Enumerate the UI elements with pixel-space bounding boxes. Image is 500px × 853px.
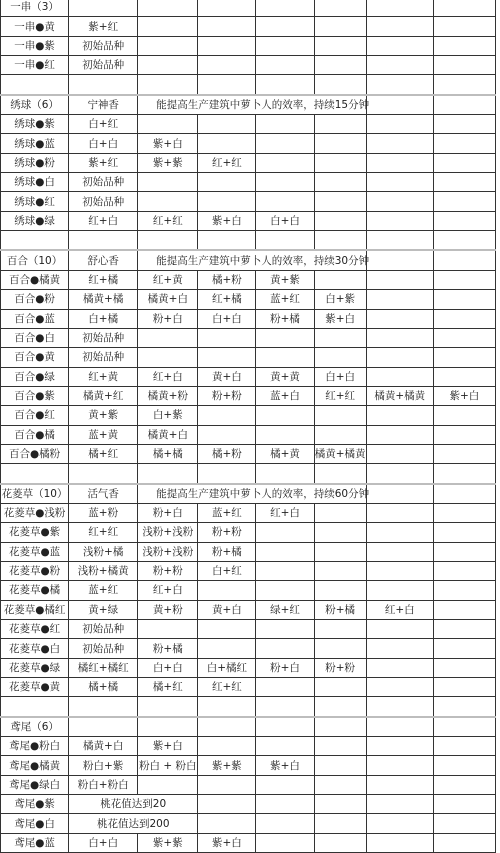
empty-cell	[138, 348, 198, 367]
breeding-combo: 紫+红	[69, 17, 138, 36]
breeding-combo: 蓝+红	[198, 503, 256, 522]
empty-cell	[433, 348, 495, 367]
flower-species-name: 百合（10）	[1, 250, 69, 270]
empty-cell	[198, 328, 256, 347]
empty-cell	[366, 309, 433, 328]
empty-cell	[256, 231, 314, 251]
empty-cell	[366, 737, 433, 756]
empty-cell	[433, 503, 495, 522]
breeding-combo: 黄+白	[198, 600, 256, 619]
empty-cell	[256, 717, 314, 737]
empty-cell	[138, 697, 198, 717]
breeding-combo: 蓝+白	[256, 386, 314, 405]
empty-cell	[433, 211, 495, 230]
breeding-combo: 紫+红	[69, 153, 138, 172]
empty-cell	[198, 406, 256, 425]
empty-cell	[314, 503, 366, 522]
breeding-combo: 黄+紫	[69, 406, 138, 425]
variety-name: 花菱草●绿	[1, 658, 69, 677]
empty-cell	[366, 290, 433, 309]
breeding-combo: 初始品种	[69, 36, 138, 55]
empty-cell	[198, 795, 256, 814]
variety-name: 花菱草●紫	[1, 523, 69, 542]
variety-name: 鸢尾●橘黄	[1, 756, 69, 775]
empty-cell	[366, 795, 433, 814]
breeding-combo: 橘红+橘红	[69, 658, 138, 677]
variety-row: 花菱草●绿橘红+橘红白+白白+橘红粉+白粉+粉	[1, 658, 496, 677]
empty-cell	[433, 231, 495, 251]
variety-name: 鸢尾●蓝	[1, 833, 69, 850]
empty-cell	[314, 814, 366, 833]
breeding-combo: 橘+黄	[256, 444, 314, 463]
empty-cell	[256, 173, 314, 192]
empty-cell	[256, 17, 314, 36]
empty-cell	[314, 406, 366, 425]
empty-cell	[433, 464, 495, 484]
variety-name: 花菱草●蓝	[1, 542, 69, 561]
flower-species-name: 绣球（6）	[1, 95, 69, 115]
empty-cell	[314, 153, 366, 172]
empty-cell	[366, 406, 433, 425]
breeding-combo: 红+橘	[69, 270, 138, 289]
empty-cell	[366, 173, 433, 192]
breeding-combo: 初始品种	[69, 639, 138, 658]
breeding-combo: 橘黄+白	[138, 425, 198, 444]
empty-cell	[138, 620, 198, 639]
variety-name: 一串●黄	[1, 17, 69, 36]
empty-cell	[314, 737, 366, 756]
empty-cell	[256, 36, 314, 55]
breeding-combo: 粉白+粉白	[69, 775, 138, 794]
breeding-combo: 橘+红	[69, 444, 138, 463]
empty-cell	[433, 95, 495, 115]
breeding-combo: 浅粉+橘	[69, 542, 138, 561]
empty-cell	[256, 775, 314, 794]
variety-name: 百合●橘	[1, 425, 69, 444]
empty-cell	[314, 523, 366, 542]
variety-name: 百合●蓝	[1, 309, 69, 328]
breeding-combo: 橘黄+橘黄	[366, 386, 433, 405]
empty-cell	[198, 17, 256, 36]
empty-cell	[256, 561, 314, 580]
empty-cell	[314, 561, 366, 580]
empty-cell	[198, 192, 256, 211]
empty-cell	[366, 523, 433, 542]
variety-row: 花菱草●紫红+红浅粉+浅粉粉+粉	[1, 523, 496, 542]
variety-name: 花菱草●浅粉	[1, 503, 69, 522]
breeding-combo: 黄+白	[198, 367, 256, 386]
empty-cell	[366, 678, 433, 697]
breeding-combo: 红+红	[198, 678, 256, 697]
empty-cell	[314, 620, 366, 639]
empty-cell	[256, 56, 314, 75]
variety-name: 花菱草●白	[1, 639, 69, 658]
empty-cell	[366, 328, 433, 347]
empty-cell	[314, 542, 366, 561]
empty-cell	[314, 717, 366, 737]
breeding-combo: 白+白	[69, 134, 138, 153]
breeding-combo: 红+红	[138, 211, 198, 230]
empty-cell	[256, 134, 314, 153]
variety-row: 绣球●蓝白+白紫+白	[1, 134, 496, 153]
empty-cell	[138, 328, 198, 347]
variety-row: 花菱草●粉浅粉+橘黄粉+粉白+红	[1, 561, 496, 580]
empty-cell	[433, 192, 495, 211]
empty-cell	[433, 639, 495, 658]
empty-cell	[314, 270, 366, 289]
section-header-row: 一串（3）	[1, 0, 496, 17]
empty-cell	[433, 115, 495, 134]
variety-name: 百合●黄	[1, 348, 69, 367]
empty-cell	[314, 775, 366, 794]
empty-cell	[198, 814, 256, 833]
breeding-combo: 白+白	[314, 367, 366, 386]
empty-cell	[433, 250, 495, 270]
breeding-combo: 白+白	[138, 658, 198, 677]
breeding-combo: 橘+红	[138, 678, 198, 697]
breeding-combo: 紫+白	[256, 756, 314, 775]
variety-row: 百合●橘蓝+黄橘黄+白	[1, 425, 496, 444]
breeding-combo: 橘+粉	[198, 270, 256, 289]
variety-name: 绣球●蓝	[1, 134, 69, 153]
empty-cell	[433, 270, 495, 289]
variety-name: 鸢尾●白	[1, 814, 69, 833]
empty-cell	[138, 56, 198, 75]
empty-cell	[256, 737, 314, 756]
effect-description: 能提高生产建筑中萝卜人的效率，持续15分钟	[138, 95, 366, 115]
flower-breeding-table: 一串（3）一串●黄紫+红一串●紫初始品种一串●红初始品种绣球（6）宁神香能提高生…	[0, 0, 496, 850]
incense-item-name	[69, 0, 138, 17]
flower-species-name: 一串（3）	[1, 0, 69, 17]
breeding-combo: 粉+橘	[138, 639, 198, 658]
empty-cell	[314, 134, 366, 153]
breeding-combo: 紫+白	[433, 386, 495, 405]
breeding-combo: 红+白	[69, 211, 138, 230]
empty-cell	[198, 134, 256, 153]
variety-row: 绣球●红初始品种	[1, 192, 496, 211]
empty-cell	[314, 0, 366, 17]
breeding-combo: 白+橘	[69, 309, 138, 328]
empty-cell	[366, 56, 433, 75]
empty-cell	[314, 795, 366, 814]
breeding-combo: 紫+紫	[138, 153, 198, 172]
section-header-row: 百合（10）舒心香能提高生产建筑中萝卜人的效率，持续30分钟	[1, 250, 496, 270]
variety-row: 绣球●紫白+红	[1, 115, 496, 134]
empty-cell	[366, 658, 433, 677]
empty-cell	[433, 658, 495, 677]
breeding-combo: 橘黄+白	[138, 290, 198, 309]
empty-cell	[1, 231, 69, 251]
breeding-combo: 白+白	[69, 833, 138, 850]
breeding-combo: 紫+白	[198, 833, 256, 850]
breeding-combo: 蓝+红	[69, 581, 138, 600]
breeding-combo: 红+白	[138, 367, 198, 386]
breeding-combo: 粉+橘	[314, 600, 366, 619]
variety-row: 百合●橘黄红+橘红+黄橘+粉黄+紫	[1, 270, 496, 289]
breeding-combo: 绿+红	[256, 600, 314, 619]
empty-cell	[138, 36, 198, 55]
empty-cell	[256, 425, 314, 444]
effect-description: 能提高生产建筑中萝卜人的效率，持续60分钟	[138, 484, 366, 504]
breeding-combo: 白+白	[198, 309, 256, 328]
breeding-combo: 粉+粉	[198, 523, 256, 542]
empty-cell	[256, 406, 314, 425]
empty-cell	[138, 75, 198, 95]
empty-cell	[314, 328, 366, 347]
breeding-combo: 紫+白	[314, 309, 366, 328]
breeding-combo: 粉+粉	[138, 561, 198, 580]
empty-cell	[256, 328, 314, 347]
variety-name: 百合●橘粉	[1, 444, 69, 463]
empty-cell	[256, 0, 314, 17]
empty-cell	[256, 833, 314, 850]
empty-cell	[366, 115, 433, 134]
empty-cell	[138, 173, 198, 192]
breeding-combo: 初始品种	[69, 328, 138, 347]
spacer-row	[1, 231, 496, 251]
variety-row: 百合●橘粉橘+红橘+橘橘+粉橘+黄橘黄+橘黄	[1, 444, 496, 463]
variety-name: 一串●紫	[1, 36, 69, 55]
empty-cell	[433, 737, 495, 756]
empty-cell	[366, 36, 433, 55]
section-header-row: 绣球（6）宁神香能提高生产建筑中萝卜人的效率，持续15分钟	[1, 95, 496, 115]
breeding-combo: 黄+粉	[138, 600, 198, 619]
empty-cell	[366, 814, 433, 833]
variety-row: 花菱草●橘红黄+绿黄+粉黄+白绿+红粉+橘红+白	[1, 600, 496, 619]
variety-row: 花菱草●蓝浅粉+橘浅粉+浅粉粉+橘	[1, 542, 496, 561]
empty-cell	[314, 17, 366, 36]
empty-cell	[433, 795, 495, 814]
breeding-combo: 粉+白	[138, 503, 198, 522]
variety-name: 绣球●粉	[1, 153, 69, 172]
variety-row: 绣球●绿红+白红+红紫+白白+白	[1, 211, 496, 230]
breeding-combo: 紫+白	[138, 134, 198, 153]
variety-name: 百合●粉	[1, 290, 69, 309]
section-header-row: 鸢尾（6）	[1, 717, 496, 737]
empty-cell	[256, 639, 314, 658]
empty-cell	[366, 697, 433, 717]
breeding-combo: 蓝+黄	[69, 425, 138, 444]
empty-cell	[256, 115, 314, 134]
variety-name: 百合●橘黄	[1, 270, 69, 289]
breeding-combo: 紫+白	[138, 737, 198, 756]
empty-cell	[433, 484, 495, 504]
empty-cell	[314, 425, 366, 444]
breeding-combo: 初始品种	[69, 192, 138, 211]
breeding-combo: 粉白+紫	[69, 756, 138, 775]
empty-cell	[366, 464, 433, 484]
variety-row: 绣球●粉紫+红紫+紫红+红	[1, 153, 496, 172]
empty-cell	[366, 250, 433, 270]
variety-name: 绣球●紫	[1, 115, 69, 134]
empty-cell	[433, 678, 495, 697]
breeding-combo: 白+红	[198, 561, 256, 580]
empty-cell	[69, 464, 138, 484]
unlock-condition: 桃花值达到200	[69, 814, 198, 833]
breeding-combo: 橘+橘	[69, 678, 138, 697]
empty-cell	[314, 833, 366, 850]
variety-name: 鸢尾●紫	[1, 795, 69, 814]
breeding-combo: 红+橘	[198, 290, 256, 309]
empty-cell	[433, 523, 495, 542]
variety-row: 花菱草●浅粉蓝+粉粉+白蓝+红红+白	[1, 503, 496, 522]
empty-cell	[256, 795, 314, 814]
empty-cell	[198, 775, 256, 794]
breeding-combo: 初始品种	[69, 348, 138, 367]
empty-cell	[198, 639, 256, 658]
empty-cell	[198, 0, 256, 17]
breeding-combo: 粉+白	[256, 658, 314, 677]
empty-cell	[198, 737, 256, 756]
empty-cell	[433, 367, 495, 386]
breeding-combo: 粉白 + 粉白	[138, 756, 198, 775]
empty-cell	[433, 17, 495, 36]
breeding-combo: 黄+紫	[256, 270, 314, 289]
effect-description: 能提高生产建筑中萝卜人的效率，持续30分钟	[138, 250, 366, 270]
breeding-combo: 初始品种	[69, 173, 138, 192]
empty-cell	[256, 581, 314, 600]
breeding-combo: 黄+绿	[69, 600, 138, 619]
empty-cell	[433, 542, 495, 561]
empty-cell	[433, 328, 495, 347]
empty-cell	[198, 348, 256, 367]
empty-cell	[366, 581, 433, 600]
empty-cell	[256, 464, 314, 484]
empty-cell	[433, 406, 495, 425]
empty-cell	[366, 270, 433, 289]
empty-cell	[366, 95, 433, 115]
empty-cell	[366, 231, 433, 251]
empty-cell	[433, 425, 495, 444]
flower-species-name: 鸢尾（6）	[1, 717, 69, 737]
breeding-combo: 橘黄+红	[69, 386, 138, 405]
empty-cell	[433, 290, 495, 309]
empty-cell	[433, 600, 495, 619]
empty-cell	[433, 814, 495, 833]
variety-name: 一串●红	[1, 56, 69, 75]
empty-cell	[138, 0, 198, 17]
breeding-combo: 黄+黄	[256, 367, 314, 386]
breeding-combo: 红+黄	[138, 270, 198, 289]
empty-cell	[366, 717, 433, 737]
breeding-combo: 蓝+红	[256, 290, 314, 309]
breeding-combo: 紫+白	[198, 211, 256, 230]
empty-cell	[433, 697, 495, 717]
variety-name: 花菱草●黄	[1, 678, 69, 697]
empty-cell	[366, 425, 433, 444]
empty-cell	[366, 211, 433, 230]
empty-cell	[314, 756, 366, 775]
variety-row: 百合●黄初始品种	[1, 348, 496, 367]
variety-row: 百合●红黄+紫白+紫	[1, 406, 496, 425]
variety-name: 鸢尾●粉白	[1, 737, 69, 756]
empty-cell	[198, 173, 256, 192]
variety-row: 一串●黄紫+红	[1, 17, 496, 36]
empty-cell	[314, 192, 366, 211]
empty-cell	[314, 75, 366, 95]
incense-item-name: 宁神香	[69, 95, 138, 115]
empty-cell	[198, 425, 256, 444]
breeding-combo: 红+红	[314, 386, 366, 405]
breeding-combo: 红+白	[366, 600, 433, 619]
empty-cell	[433, 134, 495, 153]
variety-name: 鸢尾●绿白	[1, 775, 69, 794]
breeding-combo: 粉+白	[138, 309, 198, 328]
flower-species-name: 花菱草（10）	[1, 484, 69, 504]
empty-cell	[366, 153, 433, 172]
empty-cell	[138, 231, 198, 251]
breeding-combo: 白+红	[69, 115, 138, 134]
empty-cell	[433, 309, 495, 328]
empty-cell	[314, 464, 366, 484]
breeding-combo: 紫+紫	[138, 833, 198, 850]
empty-cell	[138, 464, 198, 484]
empty-cell	[433, 56, 495, 75]
empty-cell	[138, 115, 198, 134]
empty-cell	[314, 581, 366, 600]
empty-cell	[314, 697, 366, 717]
empty-cell	[314, 115, 366, 134]
spacer-row	[1, 697, 496, 717]
breeding-combo: 粉+粉	[198, 386, 256, 405]
empty-cell	[198, 56, 256, 75]
breeding-combo: 橘黄+橘黄	[314, 444, 366, 463]
empty-cell	[314, 348, 366, 367]
variety-row: 花菱草●红初始品种	[1, 620, 496, 639]
empty-cell	[433, 620, 495, 639]
variety-row: 鸢尾●白桃花值达到200	[1, 814, 496, 833]
empty-cell	[366, 503, 433, 522]
empty-cell	[256, 678, 314, 697]
empty-cell	[366, 542, 433, 561]
variety-row: 百合●紫橘黄+红橘黄+粉粉+粉蓝+白红+红橘黄+橘黄紫+白	[1, 386, 496, 405]
empty-cell	[433, 833, 495, 850]
empty-cell	[256, 697, 314, 717]
variety-row: 鸢尾●橘黄粉白+紫粉白 + 粉白紫+紫紫+白	[1, 756, 496, 775]
empty-cell	[366, 17, 433, 36]
empty-cell	[198, 115, 256, 134]
empty-cell	[433, 581, 495, 600]
breeding-combo: 粉+橘	[198, 542, 256, 561]
empty-cell	[256, 192, 314, 211]
empty-cell	[314, 56, 366, 75]
variety-row: 一串●红初始品种	[1, 56, 496, 75]
incense-item-name	[69, 717, 138, 737]
empty-cell	[366, 0, 433, 17]
variety-row: 百合●蓝白+橘粉+白白+白粉+橘紫+白	[1, 309, 496, 328]
empty-cell	[314, 678, 366, 697]
empty-cell	[198, 75, 256, 95]
empty-cell	[433, 173, 495, 192]
empty-cell	[366, 367, 433, 386]
empty-cell	[366, 775, 433, 794]
empty-cell	[314, 36, 366, 55]
empty-cell	[198, 36, 256, 55]
breeding-combo: 红+红	[198, 153, 256, 172]
variety-row: 鸢尾●蓝白+白紫+紫紫+白	[1, 833, 496, 850]
variety-row: 鸢尾●紫桃花值达到20	[1, 795, 496, 814]
variety-name: 百合●紫	[1, 386, 69, 405]
breeding-combo: 红+白	[256, 503, 314, 522]
breeding-combo: 紫+紫	[198, 756, 256, 775]
incense-item-name: 活气香	[69, 484, 138, 504]
empty-cell	[256, 542, 314, 561]
variety-name: 花菱草●粉	[1, 561, 69, 580]
empty-cell	[256, 814, 314, 833]
variety-row: 鸢尾●粉白橘黄+白紫+白	[1, 737, 496, 756]
variety-name: 百合●红	[1, 406, 69, 425]
empty-cell	[433, 0, 495, 17]
